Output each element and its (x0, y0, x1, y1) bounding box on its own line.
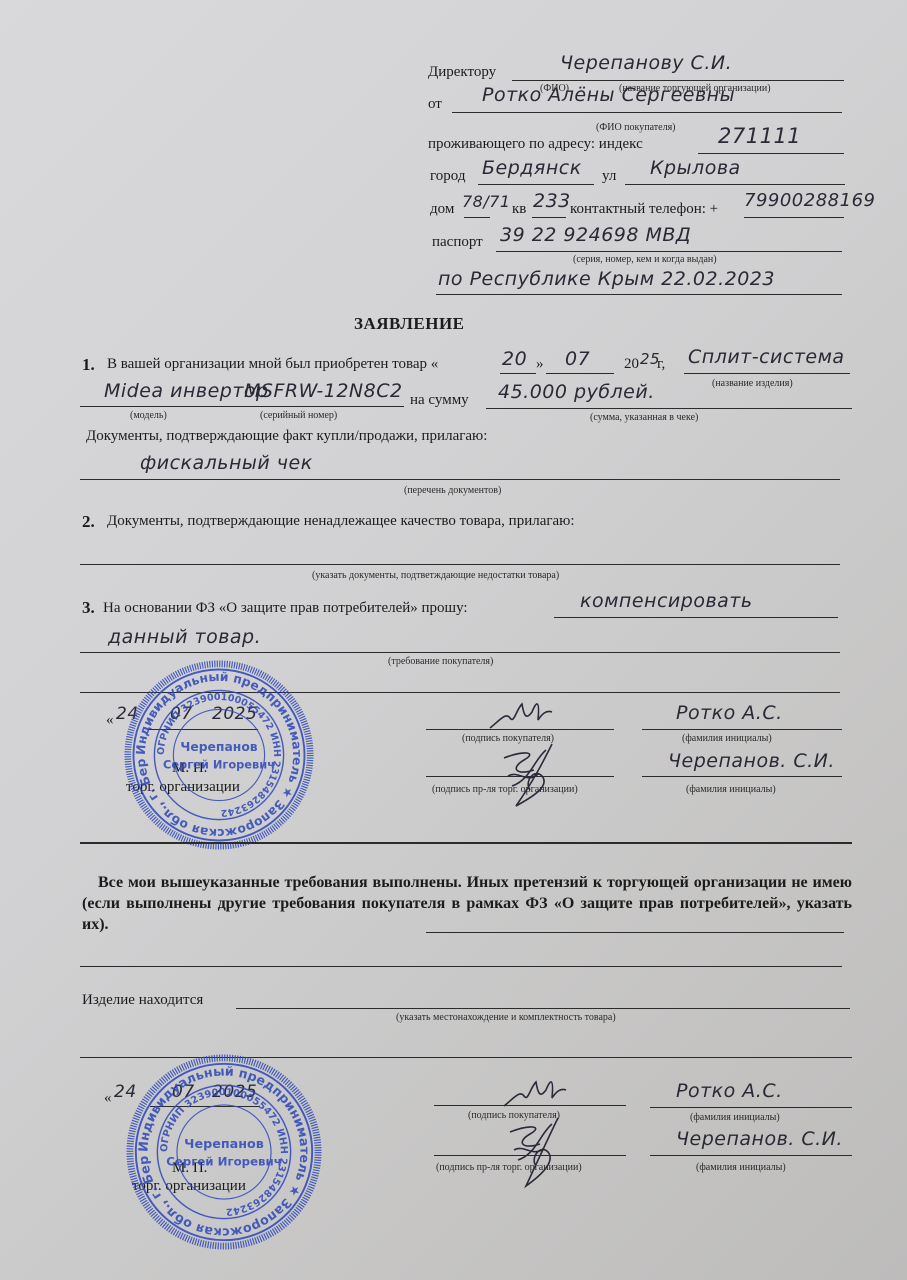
street-value[interactable]: Крылова (650, 157, 741, 179)
closing-line-1[interactable] (426, 932, 844, 933)
sum-caption: (сумма, указанная в чеке) (590, 412, 698, 423)
sig2-seller-name-line (650, 1155, 852, 1156)
seller-signature-icon (494, 740, 564, 810)
sig1-buyer-name-line (642, 729, 842, 730)
sig2-buyer-name[interactable]: Ротко А.С. (676, 1080, 783, 1102)
svg-text:Сергей Игоревич: Сергей Игоревич (166, 1155, 282, 1169)
sig1-seller-name[interactable]: Черепанов. С.И. (668, 750, 835, 772)
purchase-day[interactable]: 20 (502, 348, 527, 370)
request-line-1 (554, 617, 838, 618)
phone-label: контактный телефон: + (570, 201, 718, 218)
passport-value-2[interactable]: по Республике Крым 22.02.2023 (438, 268, 775, 290)
model-caption: (модель) (130, 410, 167, 421)
docs-line (80, 479, 840, 480)
sig1-seller-name-caption: (фамилия инициалы) (686, 784, 776, 795)
from-value[interactable]: Ротко Алёны Сергеевны (482, 84, 735, 106)
sum-line (486, 408, 852, 409)
to-label: Директору (428, 64, 496, 81)
sig2-date-open: « (104, 1090, 112, 1107)
passport-line-2 (436, 294, 842, 295)
section-divider (80, 842, 852, 844)
seller-signature-2-icon (500, 1112, 570, 1192)
sig1-seller-name-line (642, 776, 842, 777)
passport-caption: (серия, номер, кем и когда выдан) (573, 254, 717, 265)
company-stamp-icon: Индивидуальный предприниматель ★ Запорож… (124, 660, 314, 850)
product-caption: (название изделия) (712, 378, 793, 389)
request-value-line2[interactable]: данный товар. (108, 626, 261, 648)
sum-value[interactable]: 45.000 рублей. (498, 381, 655, 403)
purchase-month[interactable]: 07 (565, 348, 590, 370)
docs-value[interactable]: фискальный чек (140, 452, 313, 474)
phone-line (744, 217, 844, 218)
sum-label: на сумму (410, 392, 469, 409)
apt-label: кв (512, 201, 526, 218)
section-3-number: 3. (82, 598, 95, 618)
request-value-line1[interactable]: компенсировать (580, 590, 753, 612)
closing-line-2[interactable] (80, 966, 842, 967)
svg-text:Черепанов: Черепанов (184, 1137, 264, 1152)
section-2-text: Документы, подтверждающие ненадлежащее к… (107, 513, 575, 530)
street-line (625, 184, 845, 185)
sig1-buyer-name[interactable]: Ротко А.С. (676, 702, 783, 724)
from-line (452, 112, 842, 113)
from-caption: (ФИО покупателя) (596, 122, 676, 133)
buyer-signature-2-icon (500, 1068, 570, 1114)
city-line (478, 184, 594, 185)
street-label: ул (602, 168, 616, 185)
model-line (80, 406, 404, 407)
phone-value[interactable]: 79900288169 (744, 190, 875, 211)
month-line (546, 373, 614, 374)
passport-label: паспорт (432, 234, 483, 251)
section-1-number: 1. (82, 355, 95, 375)
serial-caption: (серийный номер) (260, 410, 337, 421)
docs-label: Документы, подтверждающие факт купли/про… (86, 428, 487, 445)
location-label: Изделие находится (82, 992, 203, 1009)
location-caption: (указать местонахождение и комплектность… (396, 1012, 616, 1023)
sig2-seller-name[interactable]: Черепанов. С.И. (676, 1128, 843, 1150)
sig1-date-open: « (106, 712, 114, 729)
day-line (500, 373, 536, 374)
index-line (698, 153, 844, 154)
city-value[interactable]: Бердянск (482, 157, 582, 179)
address-label: проживающего по адресу: индекс (428, 136, 643, 153)
to-line (512, 80, 844, 81)
document-title: ЗАЯВЛЕНИЕ (354, 314, 465, 334)
quote-close: » (536, 356, 544, 373)
section-1-text: В вашей организации мной был приобретен … (107, 356, 438, 373)
svg-text:Сергей Игоревич: Сергей Игоревич (163, 757, 275, 771)
sig2-seller-name-caption: (фамилия инициалы) (696, 1162, 786, 1173)
sig2-name-caption: (фамилия инициалы) (690, 1112, 780, 1123)
section-2-caption: (указать документы, подтветждающие недос… (312, 570, 559, 581)
sig2-buyer-name-line (650, 1107, 852, 1108)
house-label: дом (430, 201, 454, 218)
serial-value[interactable]: MSFRW-12N8C2 (244, 380, 403, 402)
passport-value[interactable]: 39 22 924698 МВД (500, 224, 691, 246)
location-line[interactable] (236, 1008, 850, 1009)
year-prefix: 20 (624, 356, 639, 373)
passport-line (496, 251, 842, 252)
index-value[interactable]: 271111 (718, 124, 801, 148)
to-value[interactable]: Черепанову С.И. (560, 52, 732, 74)
sig1-name-caption: (фамилия инициалы) (682, 733, 772, 744)
closing-paragraph: Все мои вышеуказанные требования выполне… (82, 872, 852, 935)
company-stamp-2-icon: Индивидуальный предприниматель ★ Запорож… (126, 1054, 322, 1250)
house-line (464, 217, 490, 218)
section-2-number: 2. (82, 512, 95, 532)
section-3-text: На основании ФЗ «О защите прав потребите… (103, 600, 468, 617)
svg-text:Черепанов: Черепанов (180, 740, 257, 754)
buyer-signature-icon (486, 690, 556, 736)
request-caption: (требование покупателя) (388, 656, 493, 667)
apt-line (532, 217, 566, 218)
product-line (684, 373, 850, 374)
svg-text:ОГРНИП 323900100055472 ИНН 231: ОГРНИП 323900100055472 ИНН 231548263242 (156, 692, 282, 818)
apt-value[interactable]: 233 (533, 190, 571, 212)
product-value[interactable]: Сплит-система (688, 346, 845, 368)
docs-caption: (перечень документов) (404, 485, 501, 496)
request-line-2 (80, 652, 840, 653)
city-label: город (430, 168, 465, 185)
year-suffix: г, (657, 356, 665, 373)
section-2-line[interactable] (80, 564, 840, 565)
from-label: от (428, 96, 442, 113)
house-value[interactable]: 78/71 (462, 192, 511, 211)
